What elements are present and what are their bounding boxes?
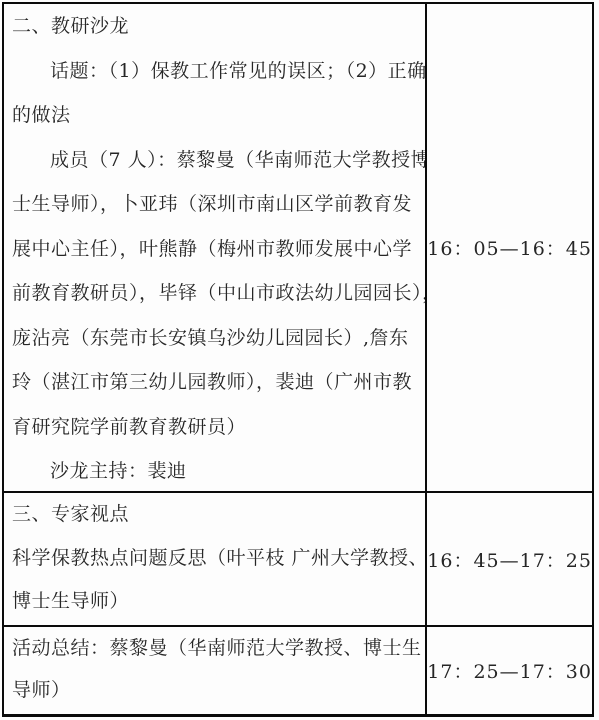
time-label: 16：05—16：45 — [427, 234, 592, 261]
text-line: 士生导师），卜亚玮（深圳市南山区学前教育发 — [12, 182, 419, 227]
text-line: 博士生导师） — [12, 580, 419, 624]
text-line: 科学保教热点问题反思（叶平枝 广州大学教授、 — [12, 537, 419, 581]
text-line: 导师） — [12, 669, 419, 711]
time-label: 16：45—17：25 — [427, 546, 592, 573]
section-heading: 三、专家视点 — [12, 493, 419, 537]
content-cell-salon: 二、教研沙龙 话题：（1）保教工作常见的误区；（2）正确 的做法 成员（7 人）… — [4, 4, 427, 491]
text-line: 活动总结：蔡黎曼（华南师范大学教授、博士生 — [12, 627, 419, 669]
text-line: 成员（7 人）：蔡黎曼（华南师范大学教授博 — [12, 138, 419, 183]
schedule-table: 二、教研沙龙 话题：（1）保教工作常见的误区；（2）正确 的做法 成员（7 人）… — [2, 2, 594, 717]
content-cell-summary: 活动总结：蔡黎曼（华南师范大学教授、博士生 导师） — [4, 627, 427, 714]
table-row-summary: 活动总结：蔡黎曼（华南师范大学教授、博士生 导师） 17：25—17：30 — [4, 627, 592, 714]
text-line: 话题：（1）保教工作常见的误区；（2）正确 — [12, 49, 419, 94]
time-cell: 17：25—17：30 — [427, 627, 592, 714]
table-row-expert: 三、专家视点 科学保教热点问题反思（叶平枝 广州大学教授、 博士生导师） 16：… — [4, 493, 592, 627]
text-line: 前教育教研员），毕铎（中山市政法幼儿园园长）， — [12, 271, 419, 316]
time-cell: 16：45—17：25 — [427, 493, 592, 625]
content-cell-expert: 三、专家视点 科学保教热点问题反思（叶平枝 广州大学教授、 博士生导师） — [4, 493, 427, 625]
text-line: 育研究院学前教育教研员） — [12, 405, 419, 450]
text-line: 的做法 — [12, 93, 419, 138]
table-row-salon: 二、教研沙龙 话题：（1）保教工作常见的误区；（2）正确 的做法 成员（7 人）… — [4, 4, 592, 493]
section-heading: 二、教研沙龙 — [12, 4, 419, 49]
time-cell: 16：05—16：45 — [427, 4, 592, 491]
text-line: 庞沾亮（东莞市长安镇乌沙幼儿园园长）,詹东 — [12, 316, 419, 361]
text-line: 沙龙主持：裴迪 — [12, 449, 419, 491]
text-line: 玲（湛江市第三幼儿园教师），裴迪（广州市教 — [12, 360, 419, 405]
text-line: 展中心主任），叶熊静（梅州市教师发展中心学 — [12, 227, 419, 272]
time-label: 17：25—17：30 — [427, 657, 592, 684]
